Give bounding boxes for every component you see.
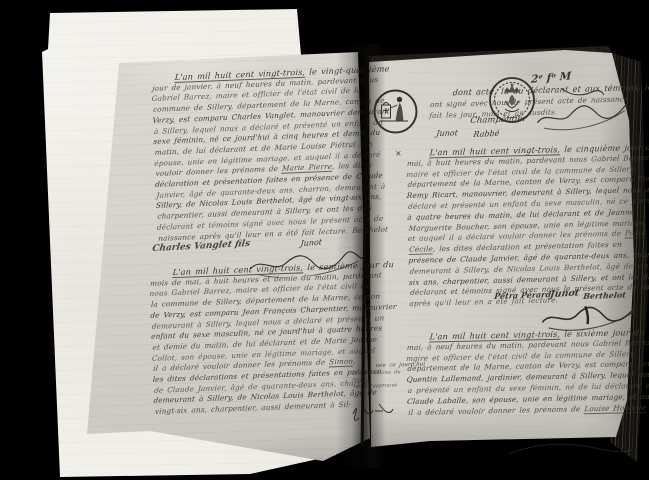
underlined-name: Cécile (409, 245, 434, 256)
signature-petra-perard: Pétra Pérard (494, 289, 552, 301)
underlined-name: Louise Honorée (584, 403, 647, 414)
signature-champontier: Champontier (470, 114, 528, 126)
underlined-name: Pémil (625, 228, 647, 239)
margin-cross-mark: × (395, 149, 402, 158)
signature-rabbe: Rabbé (473, 129, 500, 139)
left-page-act-2: L'an mil huit cent vingt-trois, le septi… (148, 260, 365, 418)
margin-annotation: née ce jourd'huià cinq heures dumatin,re… (351, 362, 406, 390)
manuscript-line: renvoi approuvé (353, 382, 407, 390)
signature-junot-bold: Junot (549, 287, 580, 300)
ink-flourish-loop (505, 440, 635, 460)
signature-witness: Junot (300, 237, 322, 248)
underlined-name: Simon (329, 357, 354, 368)
left-page-act-1: L'an mil huit cent vingt-trois, le vingt… (150, 65, 367, 245)
signature-junot: Junot (436, 128, 459, 138)
margin-paraph (349, 398, 399, 424)
right-page-act-1: L'an mil huit cent vingt-trois, le cinqu… (405, 142, 641, 310)
photograph-background: 2ᵉ fᵒ M × L'an mil huit cent vingt-trois… (0, 0, 649, 480)
right-page-act-2: L'an mil huit cent vingt-trois, le sixiè… (405, 327, 639, 418)
